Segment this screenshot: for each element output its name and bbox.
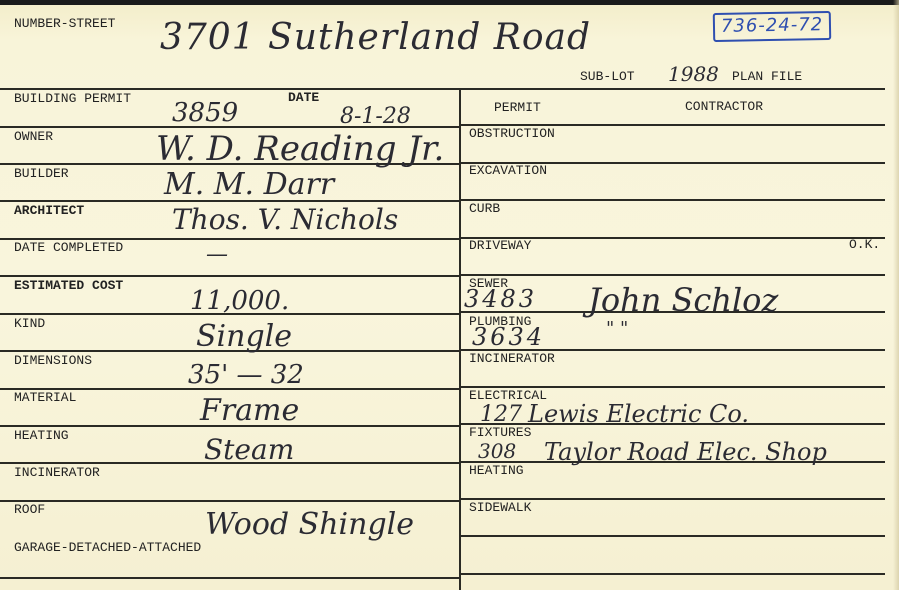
architect-label: ARCHITECT [14, 204, 84, 218]
estimated-cost-value: 11,000. [190, 288, 289, 314]
plumbing-permit-value: 3634 [472, 325, 545, 349]
owner-label: OWNER [14, 130, 53, 144]
rule [0, 88, 885, 90]
kind-value: Single [196, 322, 292, 352]
sewer-permit-value: 3483 [464, 287, 537, 311]
driveway-contractor-value: O.K. [849, 238, 880, 252]
address-value: 3701 Sutherland Road [160, 20, 591, 56]
rule [0, 275, 459, 277]
permit-column-header: PERMIT [494, 101, 541, 115]
electrical-contractor-text: Lewis Electric Co. [528, 402, 749, 426]
rule [459, 199, 885, 201]
obstruction-label: OBSTRUCTION [469, 127, 555, 141]
sublot-value: 1988 [668, 64, 719, 84]
plan-file-label: PLAN FILE [732, 70, 802, 84]
roof-value: Wood Shingle [205, 510, 414, 540]
rule [459, 274, 885, 276]
building-permit-value: 3859 [172, 100, 238, 126]
rule [0, 500, 459, 502]
address-label: NUMBER-STREET [14, 17, 115, 31]
dimensions-label: DIMENSIONS [14, 354, 92, 368]
material-label: MATERIAL [14, 391, 76, 405]
file-number-stamp: 736-24-72 [713, 11, 832, 42]
fixtures-label: FIXTURES [469, 426, 531, 440]
dimensions-value: 35' — 32 [188, 362, 304, 388]
roof-label: ROOF [14, 503, 45, 517]
date-completed-value: — [206, 244, 228, 266]
fixtures-permit-value: 308 [478, 441, 516, 461]
rule [0, 577, 459, 579]
heating-value: Steam [204, 436, 294, 464]
building-permit-label: BUILDING PERMIT [14, 92, 131, 106]
material-value: Frame [200, 396, 299, 426]
date-label: DATE [288, 91, 319, 105]
plumbing-contractor-value: " " [606, 320, 628, 338]
sewer-contractor-value: John Schloz [588, 284, 778, 316]
driveway-label: DRIVEWAY [469, 239, 531, 253]
kind-label: KIND [14, 317, 45, 331]
estimated-cost-label: ESTIMATED COST [14, 279, 123, 293]
excavation-label: EXCAVATION [469, 164, 547, 178]
rule [459, 573, 885, 575]
card-right-edge [893, 0, 899, 590]
incinerator-permit-label: INCINERATOR [469, 352, 555, 366]
builder-label: BUILDER [14, 167, 69, 181]
contractor-column-header: CONTRACTOR [685, 100, 763, 114]
electrical-permit-value: 127 [480, 404, 522, 426]
heating-label: HEATING [14, 429, 69, 443]
permit-card: NUMBER-STREET 3701 Sutherland Road 736-2… [0, 0, 899, 590]
owner-value: W. D. Reading Jr. [156, 132, 444, 166]
rule [459, 535, 885, 537]
heating-permit-label: HEATING [469, 464, 524, 478]
date-completed-label: DATE COMPLETED [14, 241, 123, 255]
fixtures-contractor-value: Taylor Road Elec. Shop [544, 440, 827, 464]
sublot-label: SUB-LOT [580, 70, 635, 84]
date-value: 8-1-28 [340, 106, 411, 128]
architect-value: Thos. V. Nichols [172, 206, 398, 234]
incinerator-label: INCINERATOR [14, 466, 100, 480]
builder-value: M. M. Darr [164, 170, 334, 200]
curb-label: CURB [469, 202, 500, 216]
scan-top-edge [0, 0, 899, 5]
garage-label: GARAGE-DETACHED-ATTACHED [14, 541, 201, 555]
sidewalk-label: SIDEWALK [469, 501, 531, 515]
